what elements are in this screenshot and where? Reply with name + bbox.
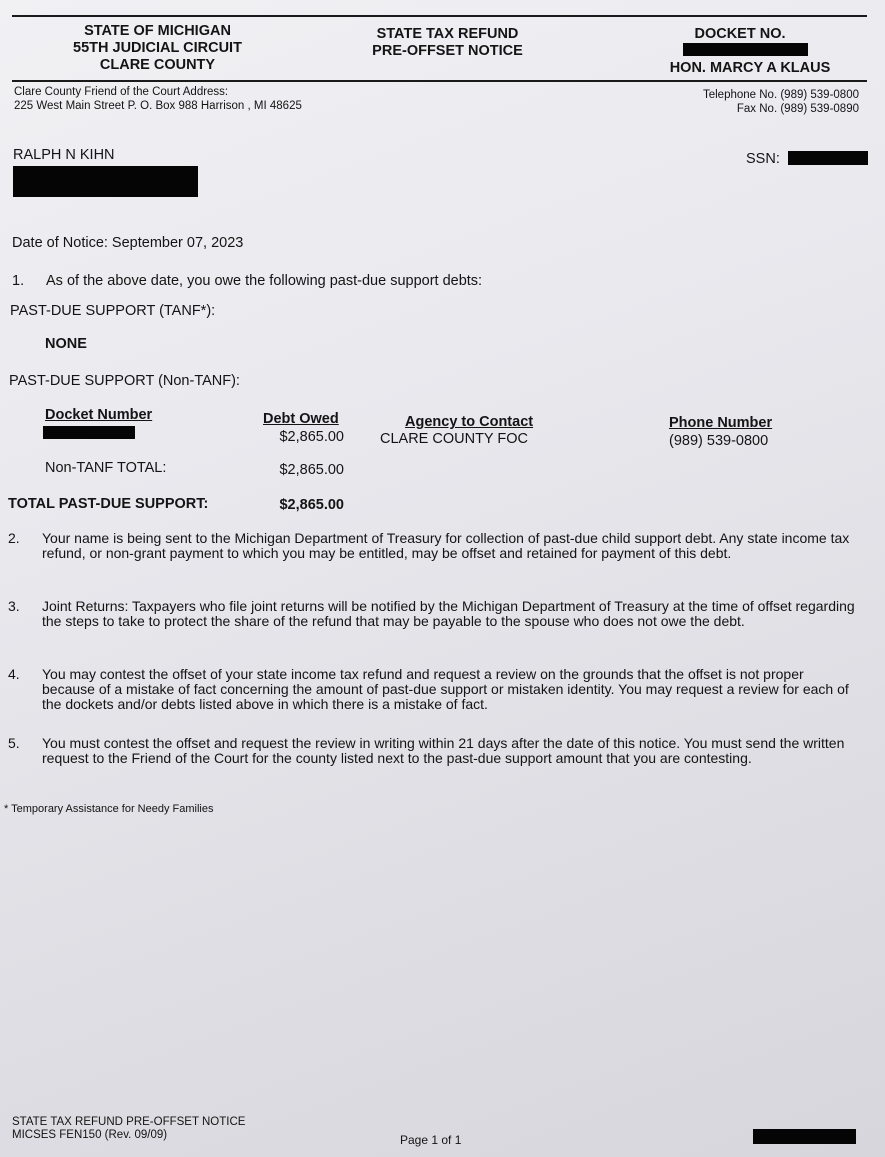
non-tanf-total-label: Non-TANF TOTAL: — [45, 460, 166, 477]
paragraph-5-text: You must contest the offset and request … — [42, 736, 858, 766]
docket-number-redaction — [683, 43, 808, 56]
court-heading: STATE OF MICHIGAN 55TH JUDICIAL CIRCUIT … — [40, 23, 275, 74]
paragraph-2: 2. Your name is being sent to the Michig… — [8, 531, 858, 561]
header-top-rule — [12, 15, 867, 17]
telephone-number: Telephone No. (989) 539-0800 — [703, 88, 859, 102]
recipient-address-redaction — [13, 166, 198, 197]
col-header-agency: Agency to Contact — [405, 414, 533, 430]
paragraph-4-number: 4. — [8, 667, 20, 682]
footnote: * Temporary Assistance for Needy Familie… — [4, 803, 214, 815]
paragraph-5: 5. You must contest the offset and reque… — [8, 736, 858, 766]
paragraph-5-number: 5. — [8, 736, 20, 751]
footer-id-redaction — [753, 1129, 856, 1144]
table-row-docket-redaction — [43, 426, 135, 439]
table-row-phone: (989) 539-0800 — [669, 433, 768, 450]
grand-total-value: $2,865.00 — [260, 497, 344, 514]
notice-date: Date of Notice: September 07, 2023 — [12, 235, 243, 252]
county-name: CLARE COUNTY — [40, 57, 275, 74]
notice-title: STATE TAX REFUND PRE-OFFSET NOTICE — [335, 26, 560, 60]
grand-total-label: TOTAL PAST-DUE SUPPORT: — [8, 496, 208, 513]
paragraph-4-text: You may contest the offset of your state… — [42, 667, 858, 712]
item-1: 1.As of the above date, you owe the foll… — [12, 273, 482, 290]
non-tanf-total-value: $2,865.00 — [260, 462, 344, 479]
recipient-name: RALPH N KIHN — [13, 147, 115, 164]
tanf-value: NONE — [45, 336, 87, 353]
paragraph-3-text: Joint Returns: Taxpayers who file joint … — [42, 599, 858, 629]
judge-name: HON. MARCY A KLAUS — [620, 60, 880, 77]
state-name: STATE OF MICHIGAN — [40, 23, 275, 40]
tanf-label: PAST-DUE SUPPORT (TANF*): — [10, 303, 215, 320]
fax-number: Fax No. (989) 539-0890 — [703, 102, 859, 116]
col-header-debt: Debt Owed — [263, 411, 339, 427]
footer-form-title: STATE TAX REFUND PRE-OFFSET NOTICE — [12, 1116, 245, 1129]
non-tanf-label: PAST-DUE SUPPORT (Non-TANF): — [9, 373, 240, 390]
notice-title-line-1: STATE TAX REFUND — [335, 26, 560, 43]
paragraph-3: 3. Joint Returns: Taxpayers who file joi… — [8, 599, 858, 629]
col-header-phone: Phone Number — [669, 415, 772, 431]
notice-title-line-2: PRE-OFFSET NOTICE — [335, 43, 560, 60]
table-row-debt: $2,865.00 — [260, 429, 344, 446]
ssn-redaction — [788, 151, 868, 165]
foc-street-address: 225 West Main Street P. O. Box 988 Harri… — [14, 99, 302, 113]
page-number: Page 1 of 1 — [400, 1133, 461, 1147]
docket-block: DOCKET NO. — [620, 26, 860, 43]
footer-form-info: STATE TAX REFUND PRE-OFFSET NOTICE MICSE… — [12, 1116, 245, 1142]
foc-address-label: Clare County Friend of the Court Address… — [14, 85, 302, 99]
foc-contact: Telephone No. (989) 539-0800 Fax No. (98… — [703, 88, 859, 116]
footer-form-code: MICSES FEN150 (Rev. 09/09) — [12, 1129, 245, 1142]
paragraph-2-text: Your name is being sent to the Michigan … — [42, 531, 858, 561]
circuit-name: 55TH JUDICIAL CIRCUIT — [40, 40, 275, 57]
header-bottom-rule — [12, 80, 867, 82]
ssn-label: SSN: — [746, 151, 780, 168]
col-header-docket: Docket Number — [45, 407, 152, 423]
paragraph-4: 4. You may contest the offset of your st… — [8, 667, 858, 712]
item-1-text: As of the above date, you owe the follow… — [46, 273, 482, 289]
paragraph-3-number: 3. — [8, 599, 20, 614]
table-row-agency: CLARE COUNTY FOC — [380, 431, 528, 448]
docket-label: DOCKET NO. — [620, 26, 860, 43]
item-1-number: 1. — [12, 273, 46, 290]
foc-address: Clare County Friend of the Court Address… — [14, 85, 302, 113]
paragraph-2-number: 2. — [8, 531, 20, 546]
